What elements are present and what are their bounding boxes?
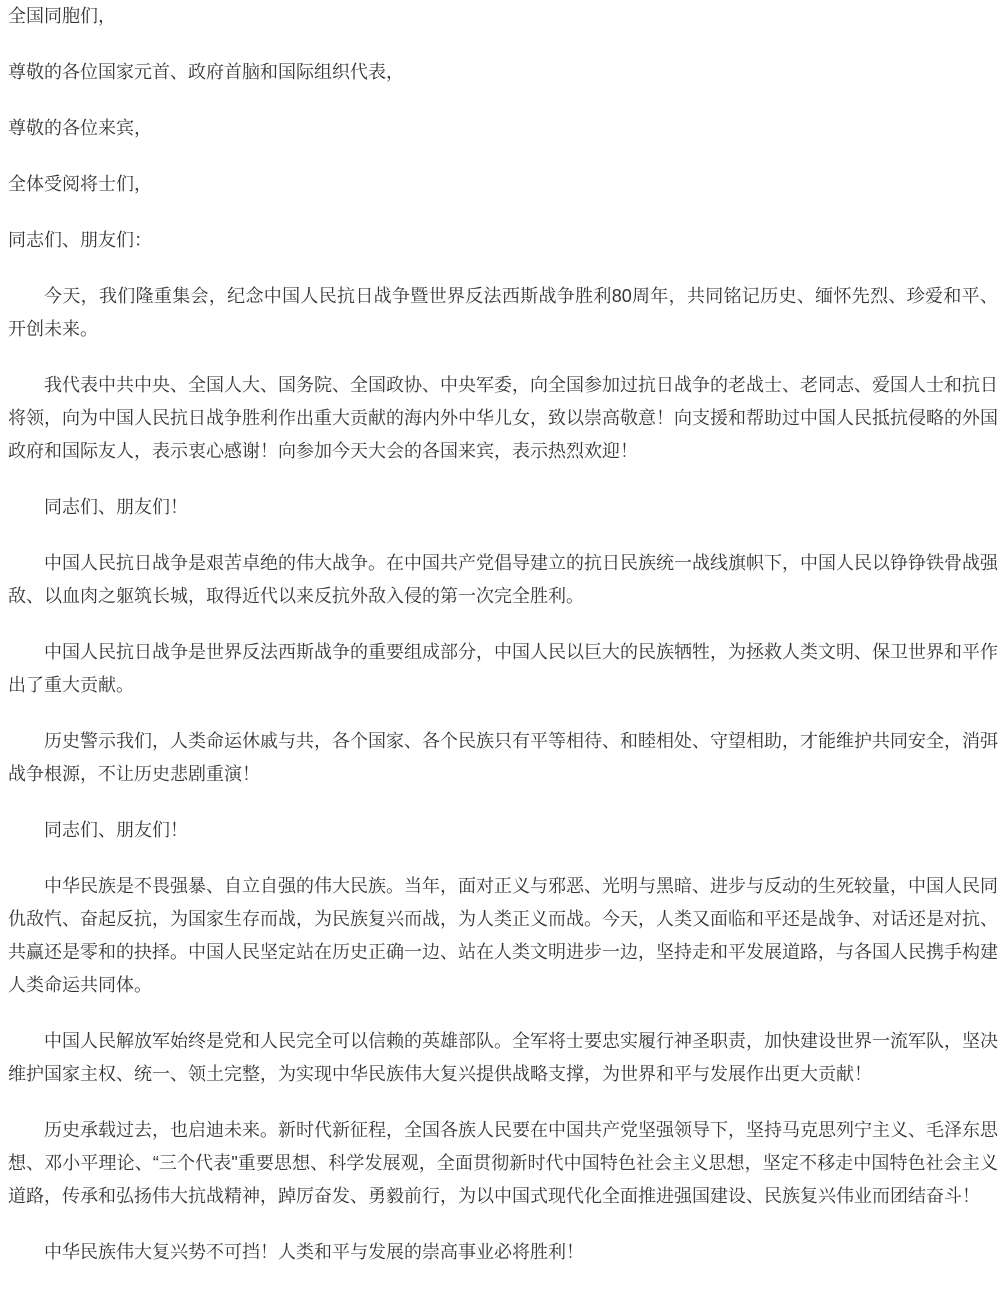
body-paragraph: 历史承载过去，也启迪未来。新时代新征程，全国各族人民要在中国共产党坚强领导下，坚… (8, 1114, 998, 1213)
salutation-line: 全体受阅将士们， (8, 168, 998, 201)
body-paragraph: 中国人民抗日战争是世界反法西斯战争的重要组成部分，中国人民以巨大的民族牺牲，为拯… (8, 636, 998, 702)
body-paragraph: 中华民族是不畏强暴、自立自强的伟大民族。当年，面对正义与邪恶、光明与黑暗、进步与… (8, 870, 998, 1002)
body-paragraph: 中华民族伟大复兴势不可挡！人类和平与发展的崇高事业必将胜利！ (8, 1236, 998, 1269)
body-paragraph: 同志们、朋友们！ (8, 491, 998, 524)
body-paragraph: 历史警示我们，人类命运休戚与共，各个国家、各个民族只有平等相待、和睦相处、守望相… (8, 725, 998, 791)
body-paragraph: 我代表中共中央、全国人大、国务院、全国政协、中央军委，向全国参加过抗日战争的老战… (8, 369, 998, 468)
body-paragraph: 同志们、朋友们！ (8, 814, 998, 847)
body-paragraph: 中国人民抗日战争是艰苦卓绝的伟大战争。在中国共产党倡导建立的抗日民族统一战线旗帜… (8, 547, 998, 613)
salutation-line: 尊敬的各位来宾， (8, 112, 998, 145)
body-paragraph: 中国人民解放军始终是党和人民完全可以信赖的英雄部队。全军将士要忠实履行神圣职责，… (8, 1025, 998, 1091)
salutation-line: 全国同胞们， (8, 0, 998, 33)
body-paragraph: 今天，我们隆重集会，纪念中国人民抗日战争暨世界反法西斯战争胜利80周年，共同铭记… (8, 280, 998, 346)
salutation-line: 同志们、朋友们： (8, 224, 998, 257)
salutation-line: 尊敬的各位国家元首、政府首脑和国际组织代表， (8, 56, 998, 89)
document: 全国同胞们， 尊敬的各位国家元首、政府首脑和国际组织代表， 尊敬的各位来宾， 全… (0, 0, 1006, 1269)
